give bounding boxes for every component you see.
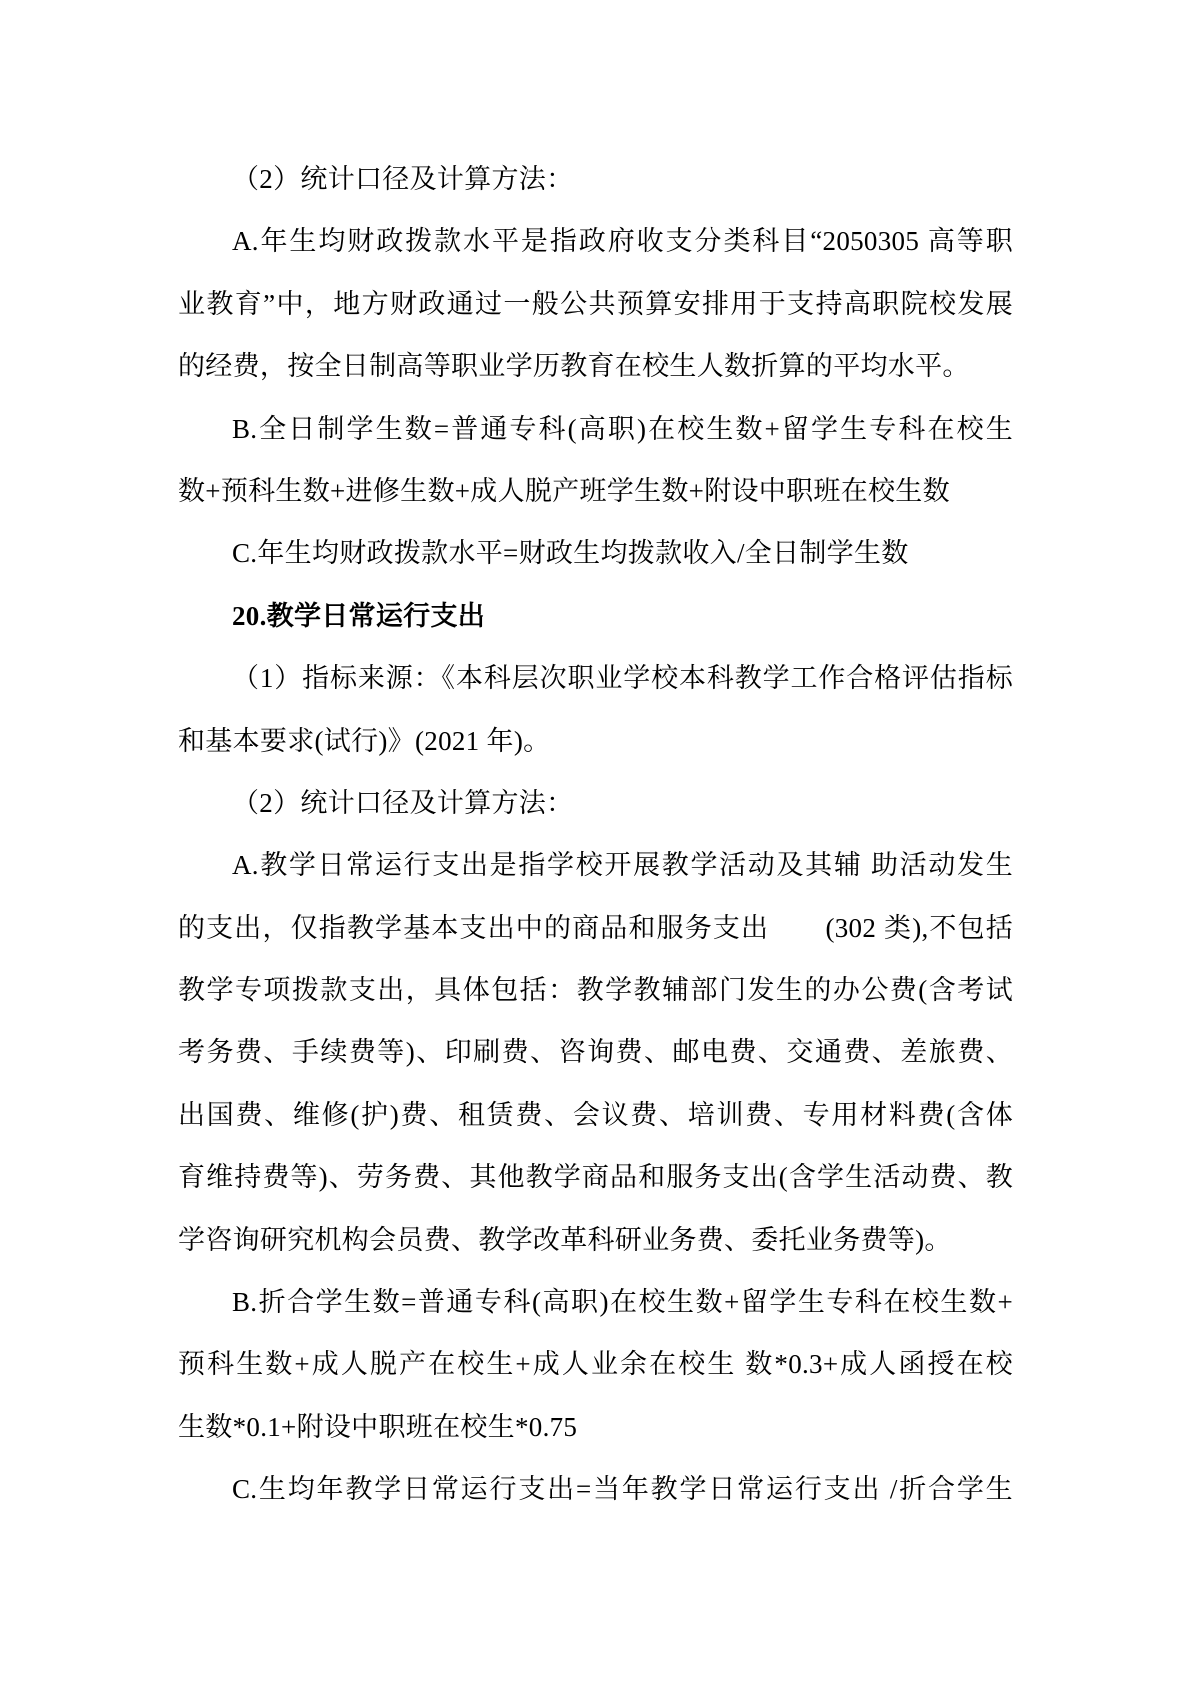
text-line-13: 的支出，仅指教学基本支出中的商品和服务支出 (302 类),不包括 [178,897,1013,959]
text-line-16: 出国费、维修(护)费、租赁费、会议费、培训费、专用材料费(含体 [178,1084,1013,1146]
text-line-5: B.全日制学生数=普通专科(高职)在校生数+留学生专科在校生 [178,398,1013,460]
text-line-2: A.年生均财政拨款水平是指政府收支分类科目“2050305 高等职 [178,210,1013,272]
text-line-20: 预科生数+成人脱产在校生+成人业余在校生 数*0.3+成人函授在校 [178,1333,1013,1395]
text-line-9: （1）指标来源：《本科层次职业学校本科教学工作合格评估指标 [178,647,1013,709]
text-line-17: 育维持费等)、劳务费、其他教学商品和服务支出(含学生活动费、教 [178,1146,1013,1208]
text-line-15: 考务费、手续费等)、印刷费、咨询费、邮电费、交通费、差旅费、 [178,1021,1013,1083]
text-line-11: （2）统计口径及计算方法： [178,772,1013,834]
text-line-12: A.教学日常运行支出是指学校开展教学活动及其辅 助活动发生 [178,834,1013,896]
text-line-18: 学咨询研究机构会员费、教学改革科研业务费、委托业务费等)。 [178,1209,1013,1271]
text-line-14: 教学专项拨款支出，具体包括：教学教辅部门发生的办公费(含考试 [178,959,1013,1021]
text-line-10: 和基本要求(试行)》(2021 年)。 [178,710,1013,772]
text-line-1: （2）统计口径及计算方法： [178,148,1013,210]
text-line-22: C.生均年教学日常运行支出=当年教学日常运行支出 /折合学生 [178,1458,1013,1520]
document-page: （2）统计口径及计算方法：A.年生均财政拨款水平是指政府收支分类科目“20503… [178,148,1013,1521]
section-heading: 20.教学日常运行支出 [178,585,1013,647]
text-line-3: 业教育”中，地方财政通过一般公共预算安排用于支持高职院校发展 [178,273,1013,335]
text-line-7: C.年生均财政拨款水平=财政生均拨款收入/全日制学生数 [178,522,1013,584]
text-line-4: 的经费，按全日制高等职业学历教育在校生人数折算的平均水平。 [178,335,1013,397]
text-line-6: 数+预科生数+进修生数+成人脱产班学生数+附设中职班在校生数 [178,460,1013,522]
text-line-19: B.折合学生数=普通专科(高职)在校生数+留学生专科在校生数+ [178,1271,1013,1333]
text-line-21: 生数*0.1+附设中职班在校生*0.75 [178,1396,1013,1458]
